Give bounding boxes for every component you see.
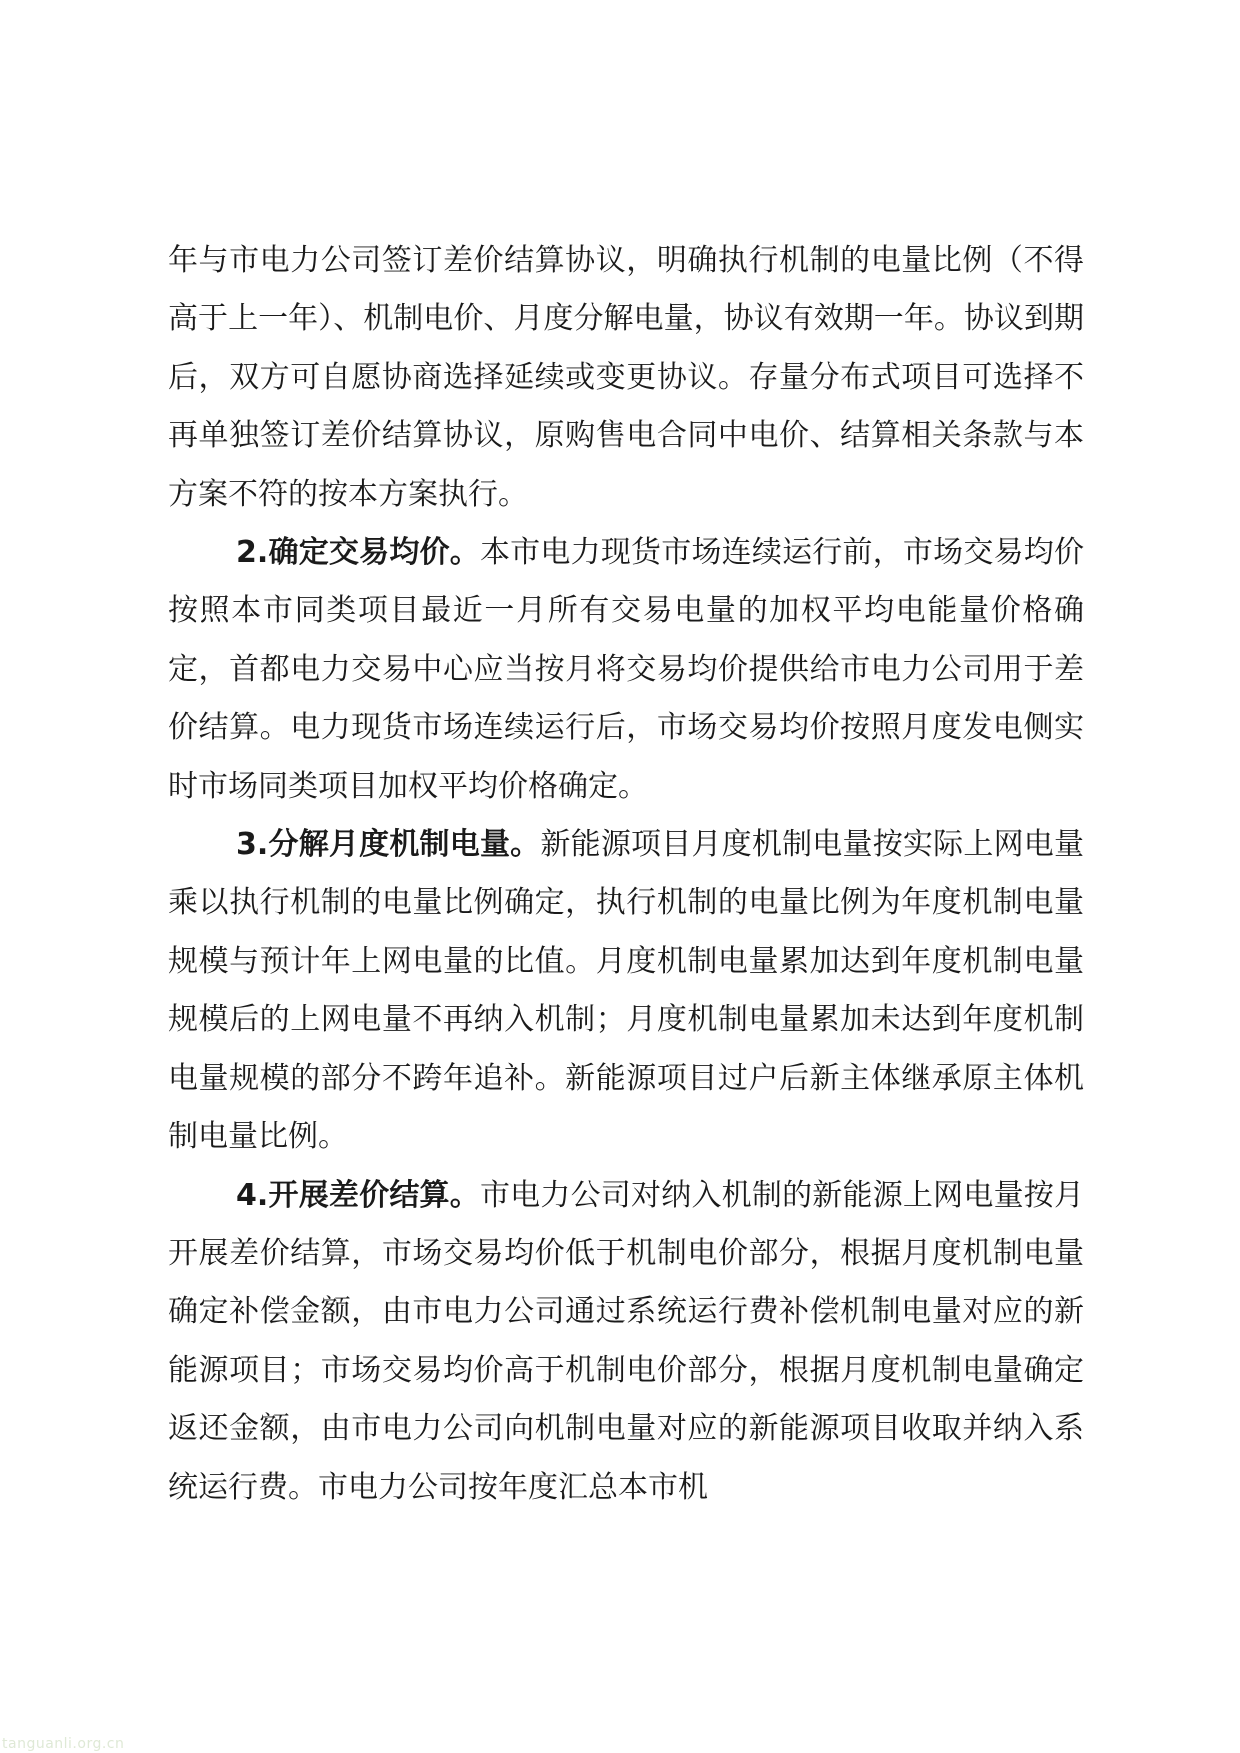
document-page: 年与市电力公司签订差价结算协议，明确执行机制的电量比例（不得高于上一年）、机制电… (0, 0, 1240, 1753)
paragraph-difference-settlement: 4.开展差价结算。市电力公司对纳入机制的新能源上网电量按月开展差价结算，市场交易… (168, 1167, 1084, 1517)
paragraph-determine-average-price: 2.确定交易均价。本市电力现货市场连续运行前，市场交易均价按照本市同类项目最近一… (168, 524, 1084, 816)
paragraph-text: 市电力公司对纳入机制的新能源上网电量按月开展差价结算，市场交易均价低于机制电价部… (168, 1178, 1084, 1505)
paragraph-text: 本市电力现货市场连续运行前，市场交易均价按照本市同类项目最近一月所有交易电量的加… (168, 535, 1084, 804)
paragraph-continuation: 年与市电力公司签订差价结算协议，明确执行机制的电量比例（不得高于上一年）、机制电… (168, 232, 1084, 524)
watermark: tanguanli.org.cn (2, 1736, 124, 1752)
paragraph-heading: 4.开展差价结算。 (236, 1178, 480, 1213)
paragraph-decompose-monthly-volume: 3.分解月度机制电量。新能源项目月度机制电量按实际上网电量乘以执行机制的电量比例… (168, 816, 1084, 1166)
paragraph-text: 新能源项目月度机制电量按实际上网电量乘以执行机制的电量比例确定，执行机制的电量比… (168, 827, 1084, 1154)
paragraph-heading: 2.确定交易均价。 (236, 535, 480, 570)
document-body: 年与市电力公司签订差价结算协议，明确执行机制的电量比例（不得高于上一年）、机制电… (168, 232, 1084, 1517)
paragraph-text: 年与市电力公司签订差价结算协议，明确执行机制的电量比例（不得高于上一年）、机制电… (168, 243, 1084, 512)
paragraph-heading: 3.分解月度机制电量。 (236, 827, 540, 862)
